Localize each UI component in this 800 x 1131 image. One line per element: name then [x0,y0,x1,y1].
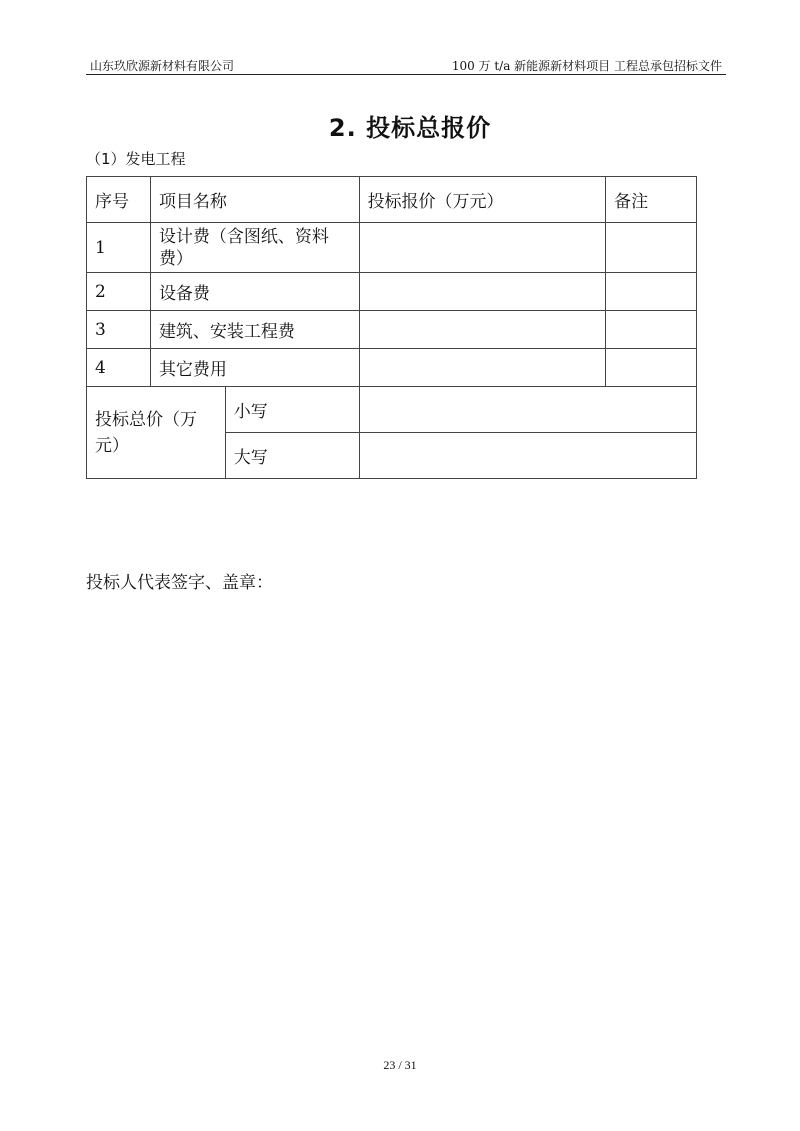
header-project: 100 万 t/a 新能源新材料项目 工程总承包招标文件 [452,57,722,74]
header-price: 投标报价（万元） [359,177,606,223]
row-no: 4 [87,349,151,387]
page-header: 山东玖欣源新材料有限公司 100 万 t/a 新能源新材料项目 工程总承包招标文… [86,56,726,75]
bid-price-table: 序号 项目名称 投标报价（万元） 备注 1 设计费（含图纸、资料费） 2 设备费… [86,176,697,479]
row-price-cell[interactable] [359,273,606,311]
page-number: 23 / 31 [0,1058,800,1073]
row-note-cell[interactable] [606,273,697,311]
page-title: 2. 投标总报价 [10,108,800,143]
row-name: 建筑、安装工程费 [150,311,359,349]
row-price-cell[interactable] [359,349,606,387]
table-row: 2 设备费 [87,273,697,311]
row-name: 设备费 [150,273,359,311]
upper-value-cell[interactable] [359,433,696,479]
row-price-cell[interactable] [359,223,606,273]
row-note-cell[interactable] [606,223,697,273]
lower-value-cell[interactable] [359,387,696,433]
upper-label: 大写 [225,433,359,479]
table-row: 4 其它费用 [87,349,697,387]
row-name: 设计费（含图纸、资料费） [150,223,359,273]
total-lower-row: 投标总价（万元） 小写 [87,387,697,433]
row-no: 2 [87,273,151,311]
section-subtitle: （1）发电工程 [86,148,186,169]
table-header-row: 序号 项目名称 投标报价（万元） 备注 [87,177,697,223]
row-no: 3 [87,311,151,349]
table-row: 3 建筑、安装工程费 [87,311,697,349]
lower-label: 小写 [225,387,359,433]
header-note: 备注 [606,177,697,223]
row-note-cell[interactable] [606,349,697,387]
row-name: 其它费用 [150,349,359,387]
header-name: 项目名称 [150,177,359,223]
row-note-cell[interactable] [606,311,697,349]
row-no: 1 [87,223,151,273]
table-row: 1 设计费（含图纸、资料费） [87,223,697,273]
header-no: 序号 [87,177,151,223]
total-label: 投标总价（万元） [87,387,226,479]
header-company: 山东玖欣源新材料有限公司 [90,57,234,74]
row-price-cell[interactable] [359,311,606,349]
signature-line: 投标人代表签字、盖章： [86,568,273,593]
